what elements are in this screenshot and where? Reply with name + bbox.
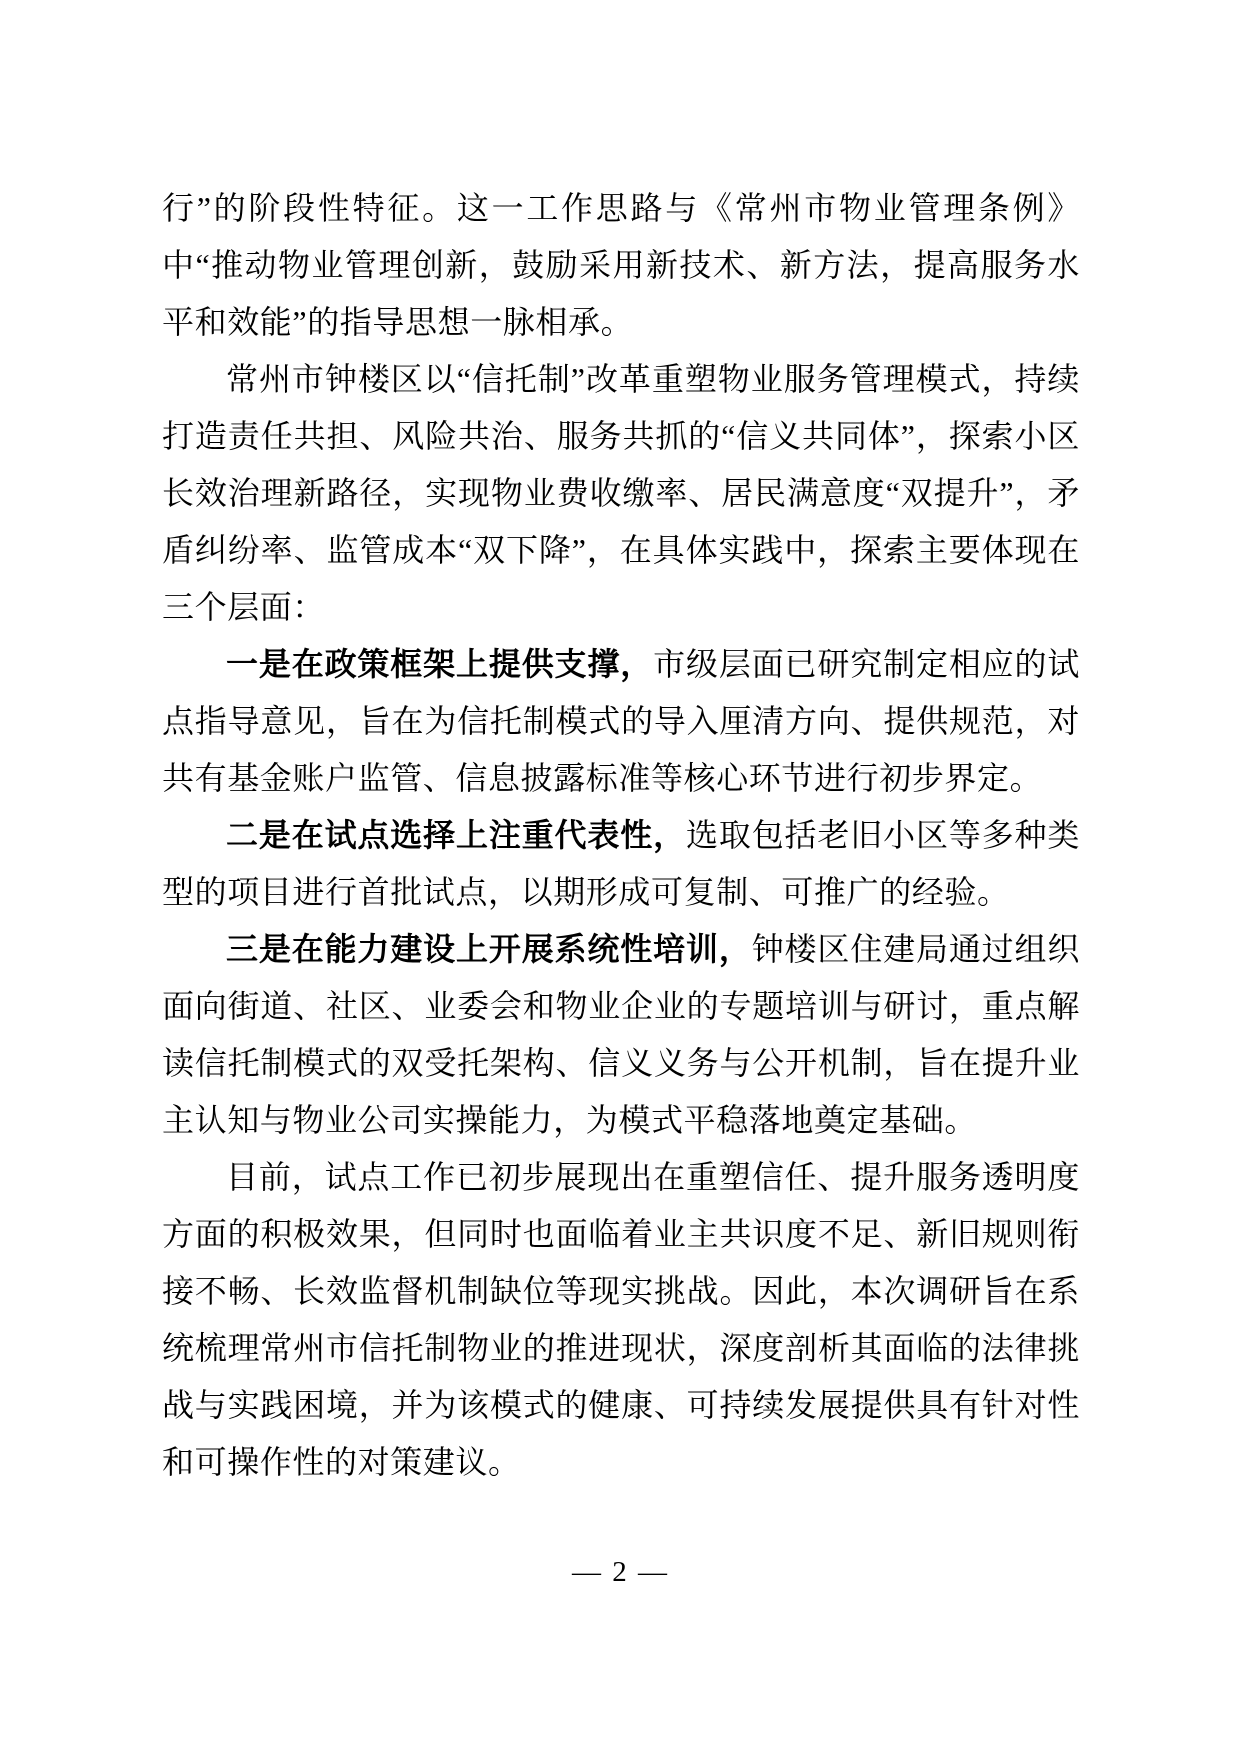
paragraph-bold-lead: 二是在试点选择上注重代表性， [226, 817, 686, 853]
paragraph: 二是在试点选择上注重代表性，选取包括老旧小区等多种类型的项目进行首批试点，以期形… [162, 807, 1080, 921]
paragraph-bold-lead: 三是在能力建设上开展系统性培训， [226, 931, 752, 967]
page-body-text: 行”的阶段性特征。这一工作思路与《常州市物业管理条例》中“推动物业管理创新，鼓励… [162, 180, 1080, 1491]
paragraph: 三是在能力建设上开展系统性培训，钟楼区住建局通过组织面向街道、社区、业委会和物业… [162, 921, 1080, 1149]
paragraph-bold-lead: 一是在政策框架上提供支撑， [226, 646, 653, 682]
paragraph: 常州市钟楼区以“信托制”改革重塑物业服务管理模式，持续打造责任共担、风险共治、服… [162, 351, 1080, 636]
paragraph: 一是在政策框架上提供支撑，市级层面已研究制定相应的试点指导意见，旨在为信托制模式… [162, 636, 1080, 807]
paragraph: 行”的阶段性特征。这一工作思路与《常州市物业管理条例》中“推动物业管理创新，鼓励… [162, 180, 1080, 351]
paragraph: 目前，试点工作已初步展现出在重塑信任、提升服务透明度方面的积极效果，但同时也面临… [162, 1149, 1080, 1491]
page-number: — 2 — [572, 1556, 669, 1588]
document-page: 行”的阶段性特征。这一工作思路与《常州市物业管理条例》中“推动物业管理创新，鼓励… [0, 0, 1241, 1755]
page-footer: — 2 — [0, 1552, 1241, 1592]
paragraph-text: 常州市钟楼区以“信托制”改革重塑物业服务管理模式，持续打造责任共担、风险共治、服… [162, 361, 1080, 625]
paragraph-text: 目前，试点工作已初步展现出在重塑信任、提升服务透明度方面的积极效果，但同时也面临… [162, 1159, 1080, 1480]
paragraph-text: 行”的阶段性特征。这一工作思路与《常州市物业管理条例》中“推动物业管理创新，鼓励… [162, 190, 1080, 340]
